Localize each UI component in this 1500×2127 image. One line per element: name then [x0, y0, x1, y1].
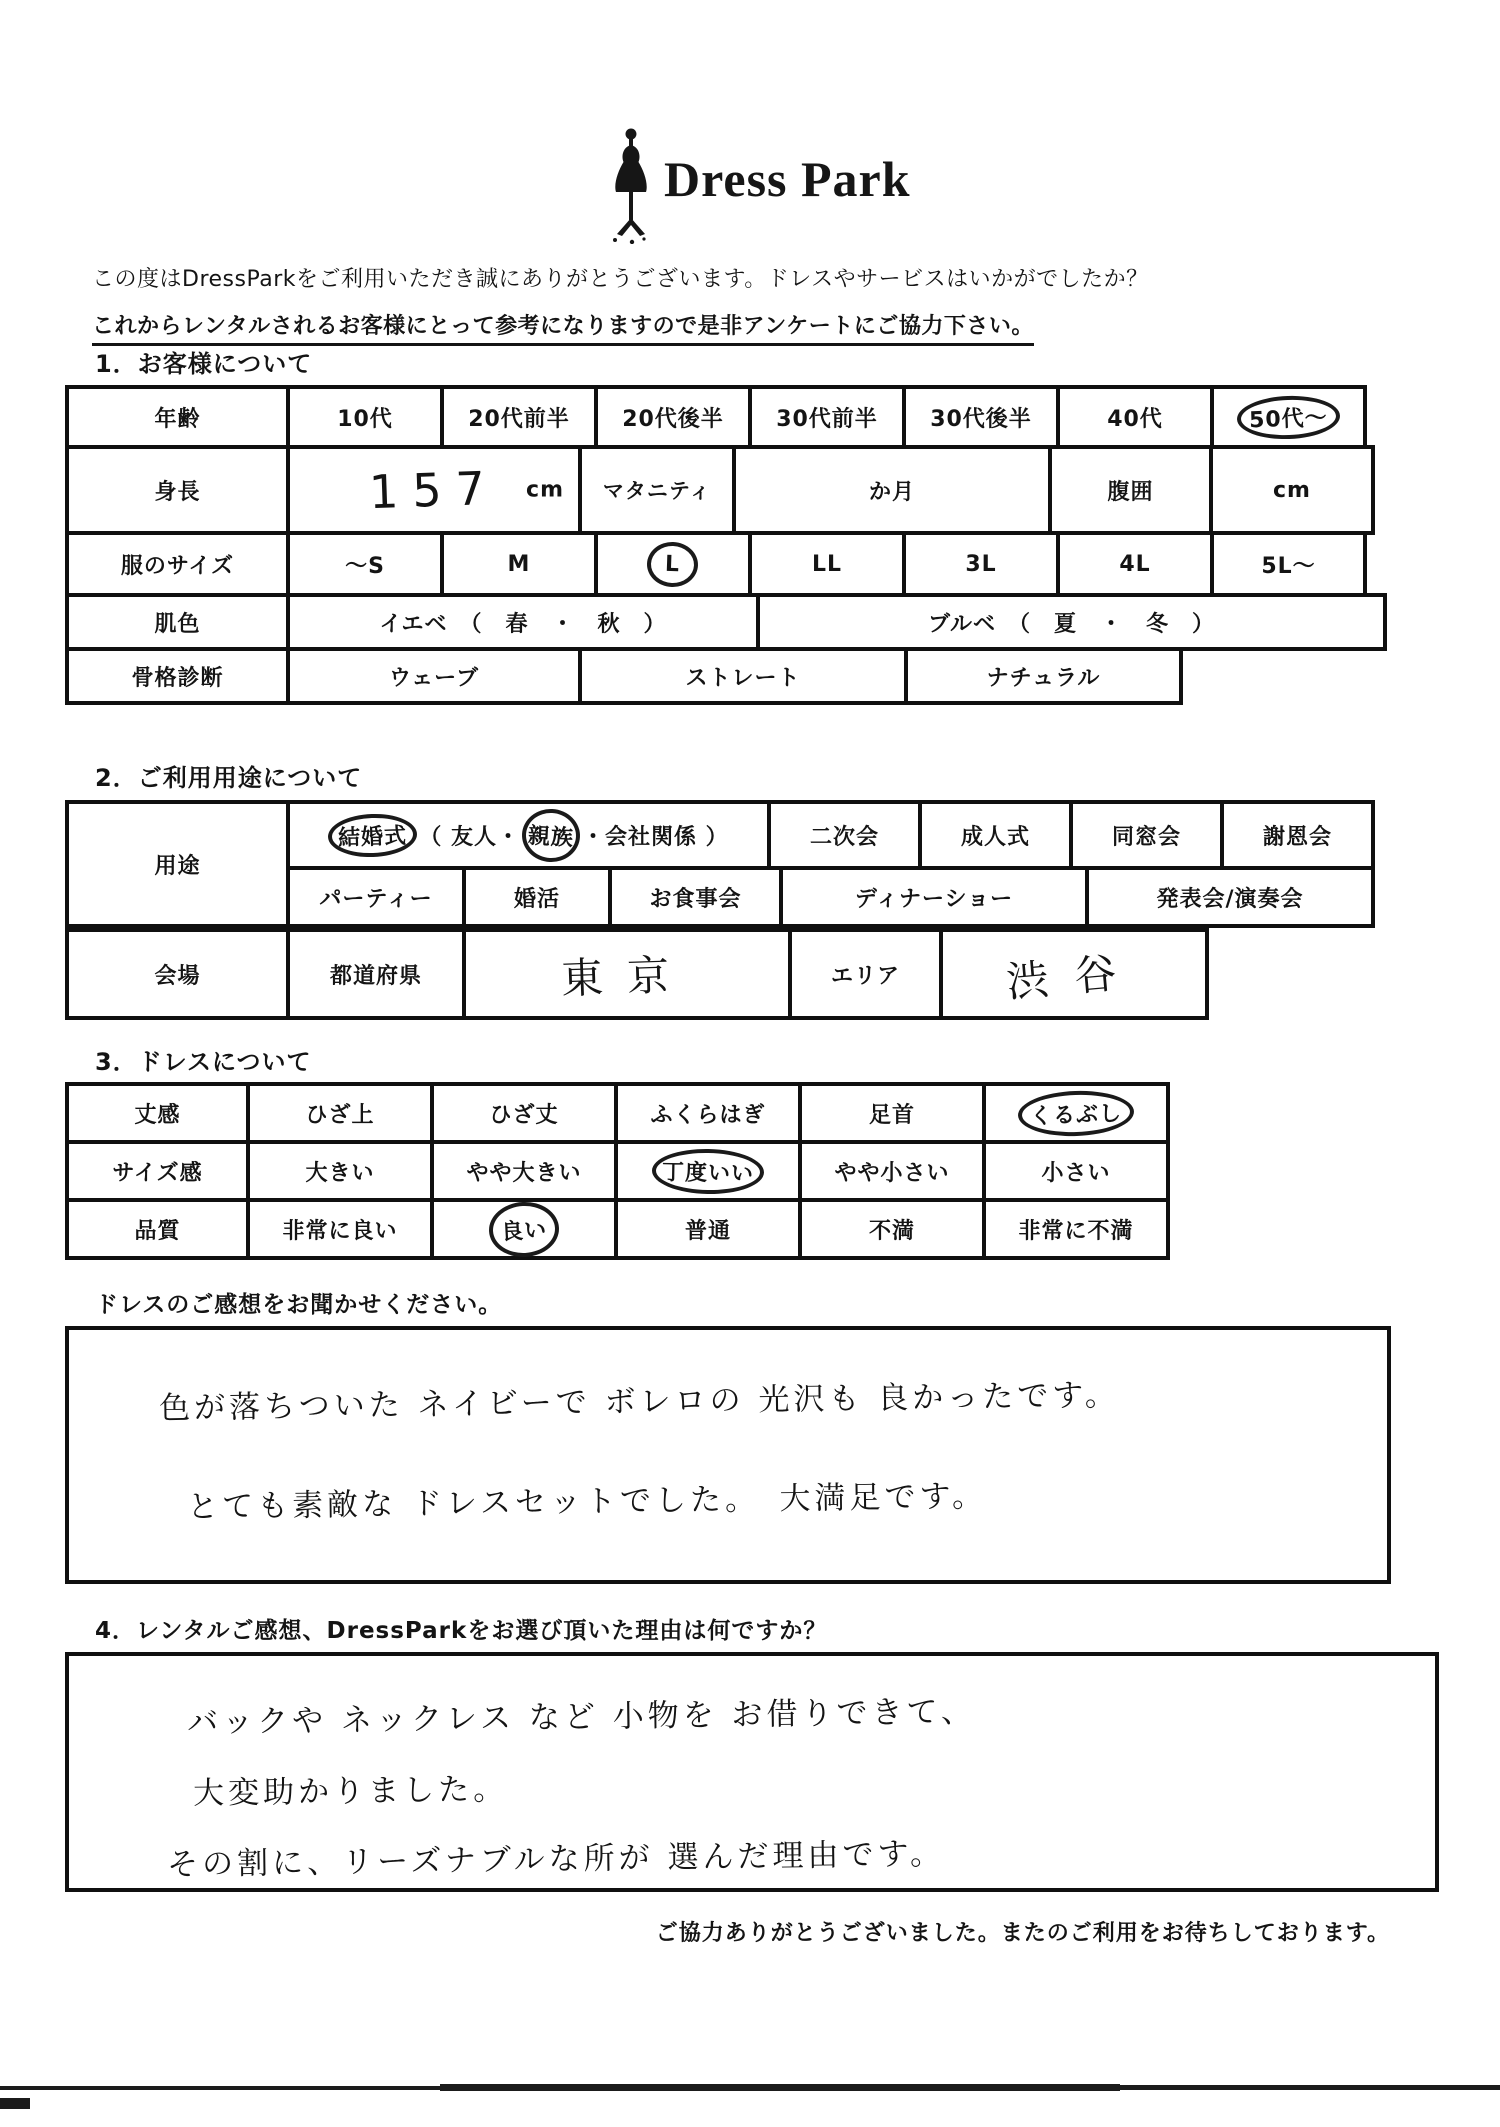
age-row: 年齢 10代 20代前半 20代後半 30代前半 30代後半 40代 50代～: [65, 385, 1387, 449]
option-cell: 3L: [902, 531, 1060, 597]
option-cell: 発表会/演奏会: [1085, 866, 1375, 928]
row-label: サイズ感: [65, 1140, 250, 1202]
option-cell: 40代: [1056, 385, 1214, 449]
option-cell: やや大きい: [430, 1140, 618, 1202]
maternity-label: マタニティ: [578, 445, 736, 535]
option-cell: 20代前半: [440, 385, 598, 449]
option-cell: ナチュラル: [904, 647, 1183, 705]
handwritten-height: 157: [368, 461, 500, 519]
option-cell: ディナーショー: [779, 866, 1089, 928]
option-cell: 4L: [1056, 531, 1214, 597]
row-label: 品質: [65, 1198, 250, 1260]
selected-option-fit: 丁度いい: [614, 1140, 802, 1202]
skin-row: 肌色 イエベ （ 春 ・ 秋 ） ブルベ （ 夏 ・ 冬 ）: [65, 593, 1387, 651]
handwritten-comment-line: 色が落ちついた ネイビーで ボレロの 光沢も 良かったです。: [159, 1365, 1388, 1427]
circle-mark: L: [647, 541, 700, 588]
customer-table: 年齢 10代 20代前半 20代後半 30代前半 30代後半 40代 50代～ …: [65, 385, 1387, 705]
option-cell: ブルベ （ 夏 ・ 冬 ）: [756, 593, 1387, 651]
option-cell: ひざ丈: [430, 1082, 618, 1144]
scan-artifact-line: [440, 2084, 1120, 2091]
dress-table: 丈感 ひざ上 ひざ丈 ふくらはぎ 足首 くるぶし サイズ感 大きい やや大きい …: [65, 1082, 1170, 1260]
option-cell: 同窓会: [1069, 800, 1224, 870]
option-cell: 30代後半: [902, 385, 1060, 449]
option-cell: ふくらはぎ: [614, 1082, 802, 1144]
selected-option-length: くるぶし: [982, 1082, 1170, 1144]
option-cell: 婚活: [462, 866, 612, 928]
brand-logo: Dress Park: [608, 126, 911, 244]
intro-line2: これからレンタルされるお客様にとって参考になりますので是非アンケートにご協力下さ…: [92, 309, 1034, 346]
scan-artifact-line: [1100, 2085, 1500, 2090]
selected-option-quality: 良い: [430, 1198, 618, 1260]
option-cell: 普通: [614, 1198, 802, 1260]
usage-row-2: パーティー 婚活 お食事会 ディナーショー 発表会/演奏会: [286, 866, 1375, 928]
circle-mark: 結婚式: [328, 812, 418, 858]
height-row: 身長 157 cm マタニティ か月 腹囲 cm: [65, 445, 1387, 535]
closing-message: ご協力ありがとうございました。またのご利用をお待ちしております。: [656, 1916, 1390, 1947]
option-cell: 成人式: [918, 800, 1073, 870]
option-cell: M: [440, 531, 598, 597]
wedding-detail: （ 友人・: [419, 820, 520, 851]
usage-row-1: 結婚式（ 友人・親族・会社関係 ） 二次会 成人式 同窓会 謝恩会: [286, 800, 1375, 870]
option-cell: 謝恩会: [1220, 800, 1375, 870]
option-cell: ひざ上: [246, 1082, 434, 1144]
option-cell: ～S: [286, 531, 444, 597]
option-cell: やや小さい: [798, 1140, 986, 1202]
prefecture-label: 都道府県: [286, 928, 466, 1020]
handwritten-prefecture: 東京: [560, 942, 694, 1007]
circle-mark: 親族: [521, 807, 582, 863]
length-row: 丈感 ひざ上 ひざ丈 ふくらはぎ 足首 くるぶし: [65, 1082, 1170, 1144]
section1-title: 1．お客様について: [95, 344, 312, 379]
brand-name: Dress Park: [664, 154, 911, 204]
row-label: 骨格診断: [65, 647, 290, 705]
section4-title: 4．レンタルご感想、DressParkをお選び頂いた理由は何ですか？: [95, 1612, 827, 1645]
dress-form-icon: [608, 126, 654, 244]
option-cell: 非常に不満: [982, 1198, 1170, 1260]
section3-title: 3．ドレスについて: [95, 1042, 312, 1077]
row-label: 年齢: [65, 385, 290, 449]
waist-label: 腹囲: [1048, 445, 1213, 535]
option-cell: 不満: [798, 1198, 986, 1260]
months-cell: か月: [732, 445, 1052, 535]
circle-mark: 50代～: [1236, 394, 1340, 441]
option-cell: 非常に良い: [246, 1198, 434, 1260]
selected-option-size: L: [594, 531, 752, 597]
option-cell: LL: [748, 531, 906, 597]
area-value-cell: 渋谷: [939, 928, 1209, 1020]
option-cell: 5L～: [1210, 531, 1367, 597]
wedding-detail: ・会社関係 ）: [582, 820, 729, 851]
selected-option-age: 50代～: [1210, 385, 1367, 449]
option-cell: パーティー: [286, 866, 466, 928]
handwritten-comment-line: バックや ネックレス など 小物を お借りできて、: [187, 1679, 1436, 1741]
scan-artifact-line: [0, 2086, 470, 2090]
circle-mark: くるぶし: [1017, 1088, 1135, 1137]
venue-row: 会場 都道府県 東京 エリア 渋谷: [65, 928, 1375, 1020]
usage-table: 用途 結婚式（ 友人・親族・会社関係 ） 二次会 成人式 同窓会 謝恩会 パーテ…: [65, 800, 1375, 1020]
row-label: 身長: [65, 445, 290, 535]
frame-row: 骨格診断 ウェーブ ストレート ナチュラル: [65, 647, 1387, 705]
handwritten-comment-line: その割に、リーズナブルな所が 選んだ理由です。: [167, 1821, 1436, 1884]
option-cell: 30代前半: [748, 385, 906, 449]
option-cell: 小さい: [982, 1140, 1170, 1202]
handwritten-area: 渋谷: [1004, 938, 1145, 1010]
option-cell: 足首: [798, 1082, 986, 1144]
option-cell: ストレート: [578, 647, 908, 705]
circle-mark: 丁度いい: [652, 1148, 765, 1195]
dress-comment-box: 色が落ちついた ネイビーで ボレロの 光沢も 良かったです。 とても素敵な ドレ…: [65, 1326, 1391, 1584]
handwritten-comment-line: 大変助かりました。: [193, 1750, 1436, 1812]
option-cell: イエベ （ 春 ・ 秋 ）: [286, 593, 760, 651]
circle-mark: 良い: [488, 1200, 561, 1259]
size-row: 服のサイズ ～S M L LL 3L 4L 5L～: [65, 531, 1387, 597]
option-cell: 二次会: [767, 800, 922, 870]
survey-scan-page: Dress Park この度はDressParkをご利用いただき誠にありがとうご…: [0, 0, 1500, 2127]
row-label: 肌色: [65, 593, 290, 651]
row-label: 服のサイズ: [65, 531, 290, 597]
option-cell: ウェーブ: [286, 647, 582, 705]
row-label: 用途: [65, 800, 290, 928]
option-cell: 10代: [286, 385, 444, 449]
prefecture-value-cell: 東京: [462, 928, 792, 1020]
option-cell: 20代後半: [594, 385, 752, 449]
scan-artifact-mark: [0, 2098, 30, 2109]
row-label: 丈感: [65, 1082, 250, 1144]
handwritten-comment-line: とても素敵な ドレスセットでした。 大満足です。: [187, 1465, 1388, 1527]
option-cell: 大きい: [246, 1140, 434, 1202]
option-cell: お食事会: [608, 866, 783, 928]
fit-row: サイズ感 大きい やや大きい 丁度いい やや小さい 小さい: [65, 1140, 1170, 1202]
dress-comment-prompt: ドレスのご感想をお聞かせください。: [95, 1286, 502, 1319]
waist-unit-cell: cm: [1209, 445, 1375, 535]
height-unit: cm: [526, 478, 564, 503]
quality-row: 品質 非常に良い 良い 普通 不満 非常に不満: [65, 1198, 1170, 1260]
wedding-cell: 結婚式（ 友人・親族・会社関係 ）: [286, 800, 771, 870]
height-value-cell: 157 cm: [286, 445, 582, 535]
reason-comment-box: バックや ネックレス など 小物を お借りできて、 大変助かりました。 その割に…: [65, 1652, 1439, 1892]
section2-title: 2．ご利用用途について: [95, 758, 362, 793]
area-label: エリア: [788, 928, 943, 1020]
intro-line1: この度はDressParkをご利用いただき誠にありがとうございます。ドレスやサー…: [92, 262, 1432, 293]
row-label: 会場: [65, 928, 290, 1020]
